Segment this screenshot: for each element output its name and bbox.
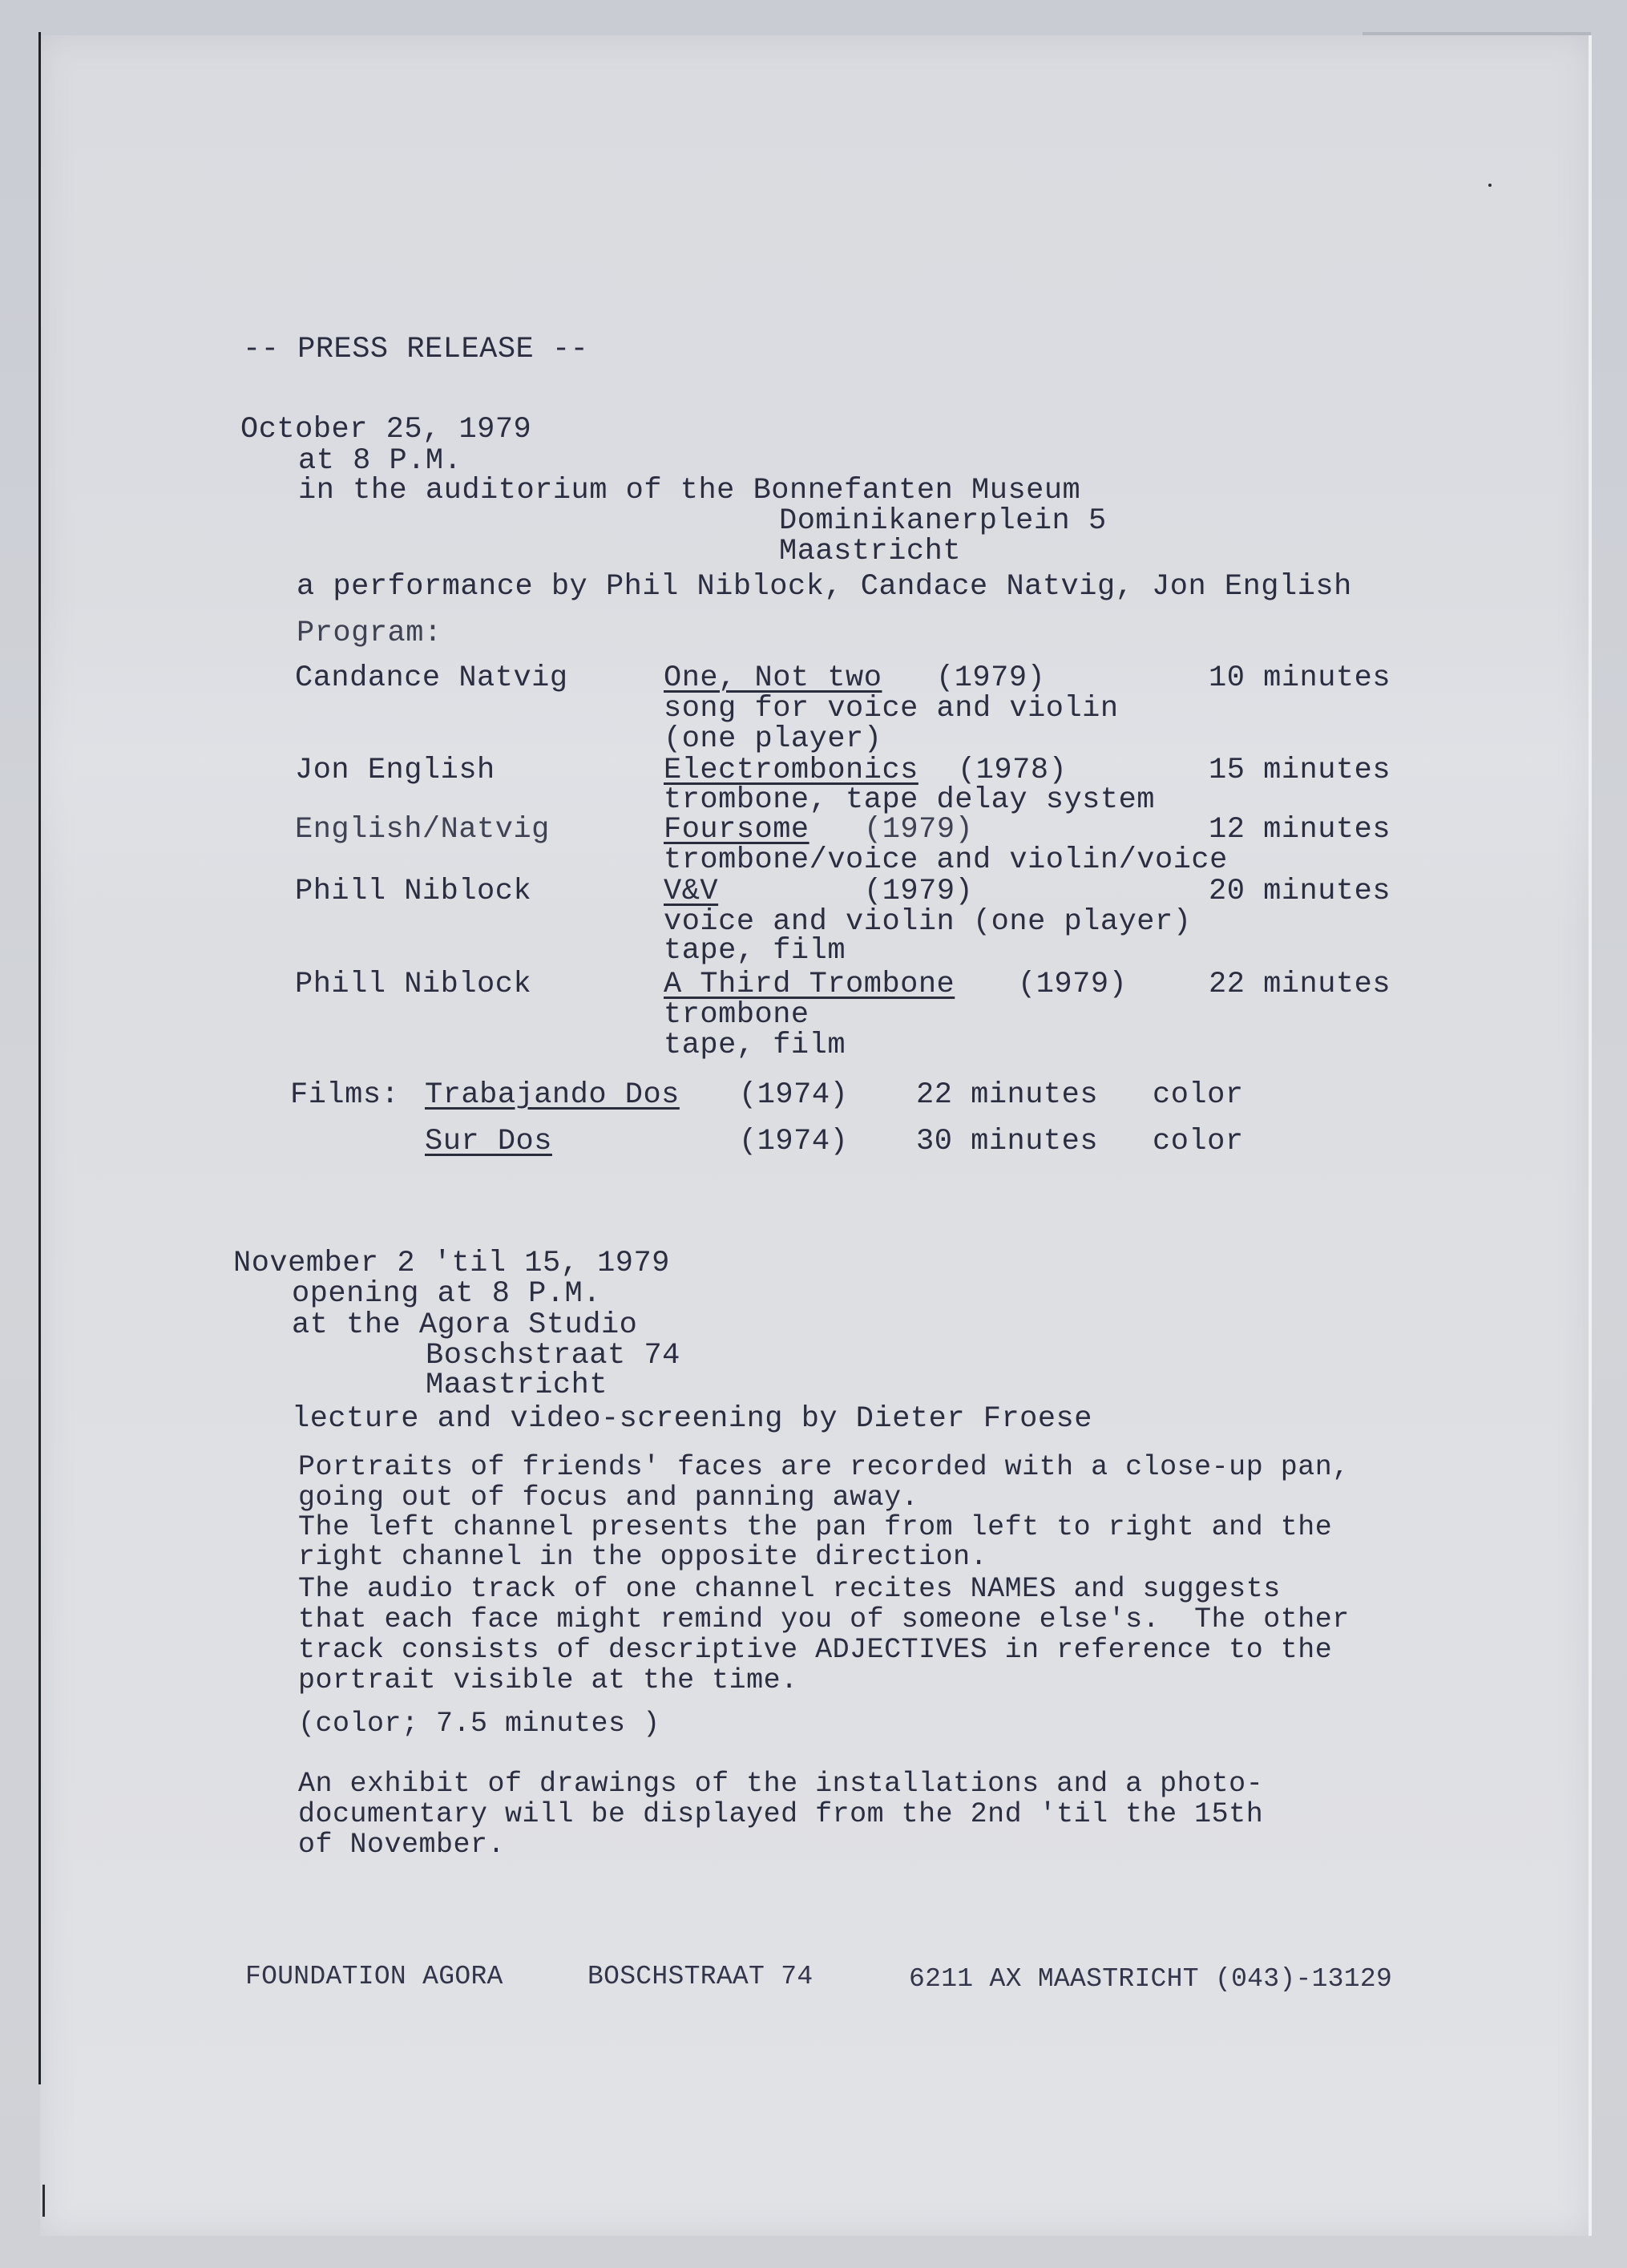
program-performer: Candance Natvig <box>295 662 568 694</box>
program-performer: Phill Niblock <box>295 875 531 908</box>
paragraph-line: right channel in the opposite direction. <box>298 1541 987 1573</box>
program-note: trombone/voice and violin/voice <box>664 844 1228 876</box>
program-note: song for voice and violin <box>664 693 1119 725</box>
program-performer: English/Natvig <box>295 814 550 846</box>
film-duration: 22 minutes <box>916 1079 1098 1111</box>
paragraph-line: The audio track of one channel recites N… <box>298 1573 1281 1605</box>
paragraph-line: going out of focus and panning away. <box>298 1482 918 1514</box>
event2-venue: at the Agora Studio <box>292 1309 637 1341</box>
program-year: (1979) <box>1018 968 1127 1001</box>
program-duration: 12 minutes <box>1209 814 1391 846</box>
footer-organization: FOUNDATION AGORA <box>245 1961 503 1993</box>
program-year: (1979) <box>936 662 1045 694</box>
film-duration: 30 minutes <box>916 1126 1098 1158</box>
paper-left-edge-tail <box>42 2185 45 2217</box>
paper-right-edge <box>1589 35 1592 2236</box>
paper-left-edge <box>38 32 41 2084</box>
program-duration: 10 minutes <box>1209 662 1391 694</box>
film-title: Trabajando Dos <box>425 1079 680 1111</box>
program-performer: Jon English <box>295 754 495 786</box>
paragraph-line: track consists of descriptive ADJECTIVES… <box>298 1634 1332 1666</box>
program-title: One, Not two <box>664 662 882 694</box>
event1-performers: a performance by Phil Niblock, Candace N… <box>297 571 1352 603</box>
paper-top-edge <box>1363 32 1591 35</box>
program-duration: 22 minutes <box>1209 968 1391 1001</box>
film-year: (1974) <box>739 1079 848 1111</box>
program-note: voice and violin (one player) <box>664 906 1191 938</box>
film-year: (1974) <box>739 1126 848 1158</box>
program-year: (1979) <box>864 875 973 908</box>
program-title: V&V <box>664 875 718 908</box>
footer-street: BOSCHSTRAAT 74 <box>587 1961 813 1993</box>
exhibit-line: documentary will be displayed from the 2… <box>298 1798 1263 1830</box>
paragraph-line: portrait visible at the time. <box>298 1664 798 1696</box>
footer-postal-phone: 6211 AX MAASTRICHT (043)-13129 <box>909 1963 1392 1995</box>
film-title: Sur Dos <box>425 1126 552 1158</box>
exhibit-line: of November. <box>298 1829 505 1861</box>
event1-address-street: Dominikanerplein 5 <box>779 505 1107 537</box>
program-note: (one player) <box>664 723 882 755</box>
paragraph-line: Portraits of friends' faces are recorded… <box>298 1451 1350 1483</box>
program-label: Program: <box>297 617 442 649</box>
program-year: (1978) <box>958 754 1067 786</box>
event1-address-city: Maastricht <box>779 536 961 568</box>
event2-date: November 2 'til 15, 1979 <box>233 1247 670 1280</box>
paragraph-line: The left channel presents the pan from l… <box>298 1511 1332 1543</box>
films-label: Films: <box>290 1079 399 1111</box>
format-note: (color; 7.5 minutes ) <box>298 1708 660 1740</box>
program-duration: 20 minutes <box>1209 875 1391 908</box>
event1-time: at 8 P.M. <box>298 445 462 477</box>
program-performer: Phill Niblock <box>295 968 531 1001</box>
program-note: tape, film <box>664 1029 846 1061</box>
press-release-heading: -- PRESS RELEASE -- <box>243 334 588 366</box>
event2-address-city: Maastricht <box>426 1369 608 1401</box>
paragraph-line: that each face might remind you of someo… <box>298 1603 1350 1635</box>
event2-address-street: Boschstraat 74 <box>426 1340 680 1372</box>
program-title: Foursome <box>664 814 809 846</box>
event1-date: October 25, 1979 <box>240 414 531 446</box>
film-color: color <box>1153 1079 1244 1111</box>
program-title: A Third Trombone <box>664 968 955 1001</box>
event1-venue: in the auditorium of the Bonnefanten Mus… <box>298 475 1080 507</box>
program-note: trombone <box>664 999 809 1031</box>
program-duration: 15 minutes <box>1209 754 1391 786</box>
film-color: color <box>1153 1126 1244 1158</box>
program-year: (1979) <box>864 814 973 846</box>
event2-opening: opening at 8 P.M. <box>292 1278 601 1310</box>
exhibit-line: An exhibit of drawings of the installati… <box>298 1768 1263 1800</box>
program-note: tape, film <box>664 935 846 967</box>
paper-speck <box>1488 184 1492 187</box>
program-note: trombone, tape delay system <box>664 784 1155 816</box>
event2-description: lecture and video-screening by Dieter Fr… <box>292 1403 1092 1435</box>
program-title: Electrombonics <box>664 754 918 786</box>
